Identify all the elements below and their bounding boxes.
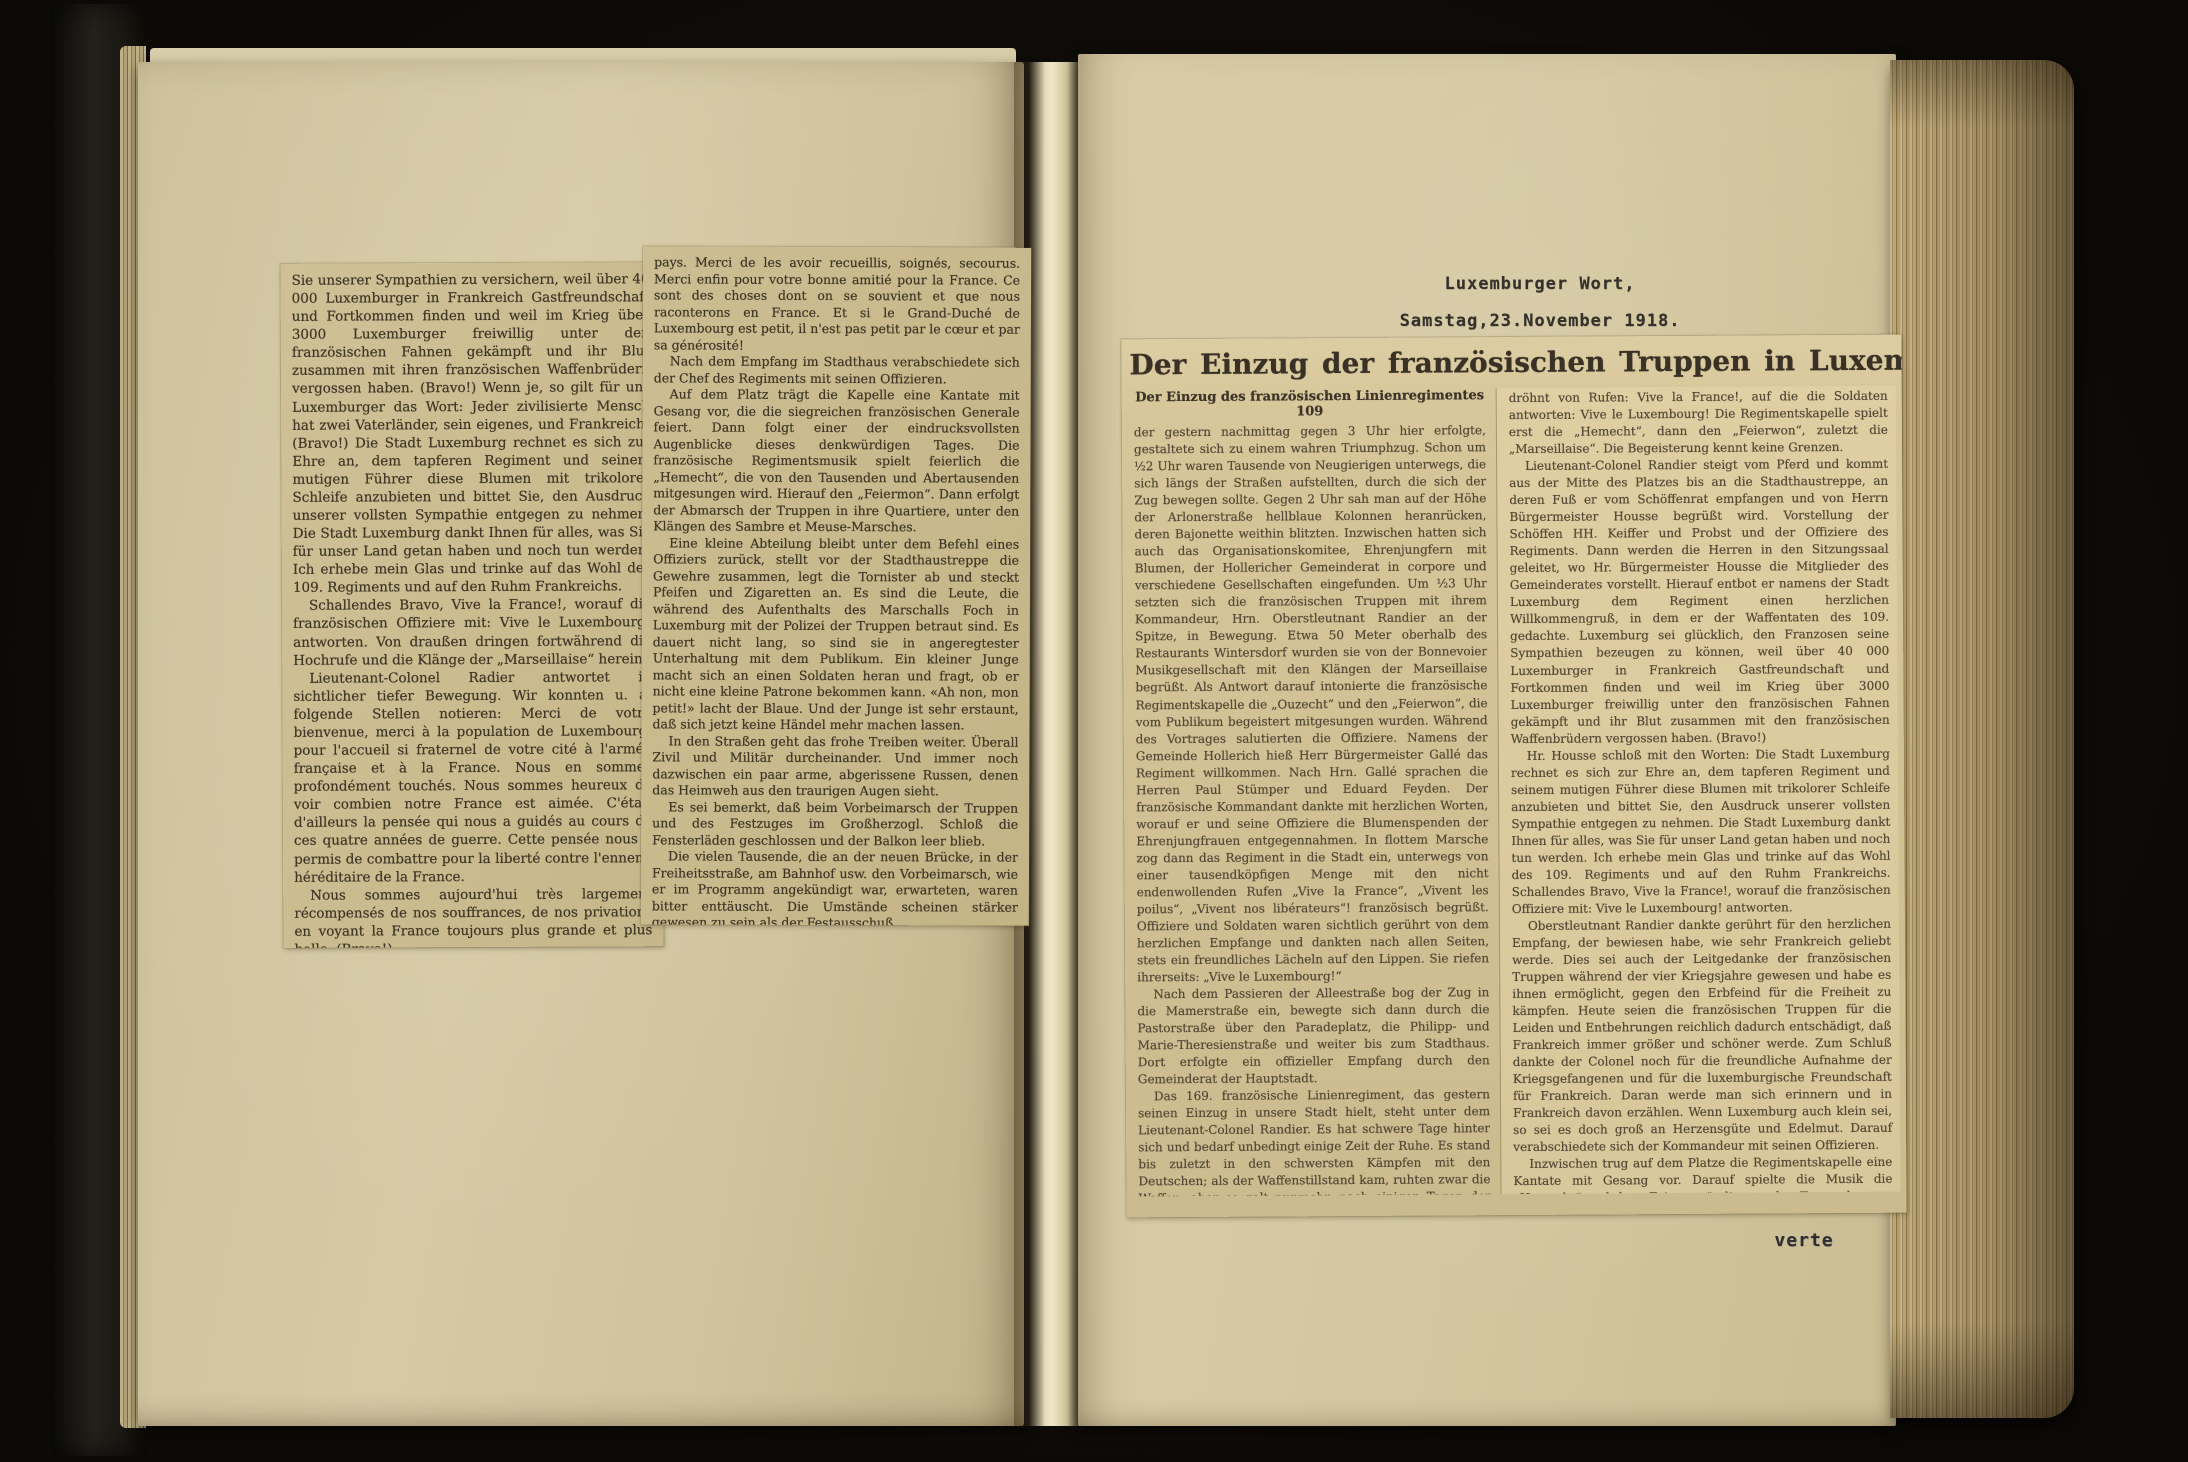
- article-column-left: Der Einzug des französischen Linienregim…: [1134, 388, 1491, 1196]
- paragraph: Die vielen Tausende, die an der neuen Br…: [652, 848, 1018, 925]
- paragraph: Inzwischen trug auf dem Platze die Regim…: [1513, 1154, 1893, 1194]
- clipping-text: Sie unserer Sympathien zu versichern, we…: [292, 270, 653, 948]
- newspaper-name-typed: Luxemburger Wort,: [1270, 274, 1810, 294]
- article-headline: Der Einzug der französischen Truppen in …: [1121, 335, 1901, 387]
- column-text: dröhnt von Rufen: Vive la France!, auf d…: [1509, 388, 1894, 1194]
- verte-note-typed: verte: [1734, 1230, 1874, 1251]
- article-subheadline: Der Einzug des französischen Linienregim…: [1134, 388, 1486, 420]
- paragraph: Lieutenant-Colonel Radier antwortet in s…: [293, 668, 652, 886]
- paragraph: Nach dem Empfang im Stadthaus verabschie…: [654, 353, 1020, 387]
- paragraph: Nous sommes aujourd'hui très largement r…: [294, 885, 652, 948]
- paragraph: Lieutenant-Colonel Randier steigt vom Pf…: [1509, 456, 1890, 748]
- page-fore-edge-stack: [1890, 60, 2074, 1418]
- paragraph: Auf dem Platz trägt die Kapelle eine Kan…: [653, 386, 1020, 536]
- paragraph: Sie unserer Sympathien zu versichern, we…: [292, 270, 651, 597]
- clipping-text: pays. Merci de les avoir recueillis, soi…: [652, 254, 1020, 925]
- newspaper-date-typed: Samstag,23.November 1918.: [1270, 311, 1810, 331]
- newspaper-clipping-article: Der Einzug der französischen Truppen in …: [1121, 335, 1906, 1218]
- paragraph: Schallendes Bravo, Vive la France!, wora…: [293, 596, 651, 670]
- scrapbook-scan: Sie unserer Sympathien zu versichern, we…: [0, 0, 2188, 1462]
- paragraph: In den Straßen geht das frohe Treiben we…: [652, 733, 1018, 800]
- column-text: der gestern nachmittag gegen 3 Uhr hier …: [1134, 422, 1491, 1196]
- paragraph: pays. Merci de les avoir recueillis, soi…: [654, 254, 1020, 354]
- article-columns: Der Einzug des französischen Linienregim…: [1122, 382, 1907, 1197]
- paragraph: dröhnt von Rufen: Vive la France!, auf d…: [1509, 388, 1888, 458]
- newspaper-clipping-right-column: pays. Merci de les avoir recueillis, soi…: [641, 246, 1031, 925]
- paragraph: Das 169. französische Linienregiment, da…: [1138, 1086, 1491, 1196]
- paragraph: Eine kleine Abteilung bleibt unter dem B…: [652, 535, 1019, 734]
- paragraph: Nach dem Passieren der Alleestraße bog d…: [1137, 984, 1490, 1088]
- paragraph: Es sei bemerkt, daß beim Vorbeimarsch de…: [652, 799, 1018, 850]
- paragraph: der gestern nachmittag gegen 3 Uhr hier …: [1134, 422, 1489, 986]
- article-column-right: dröhnt von Rufen: Vive la France!, auf d…: [1496, 386, 1901, 1194]
- paragraph: Hr. Housse schloß mit den Worten: Die St…: [1511, 745, 1891, 918]
- paragraph: Oberstleutnant Randier dankte gerührt fü…: [1512, 916, 1892, 1157]
- newspaper-clipping-left-column: Sie unserer Sympathien zu versichern, we…: [281, 262, 664, 948]
